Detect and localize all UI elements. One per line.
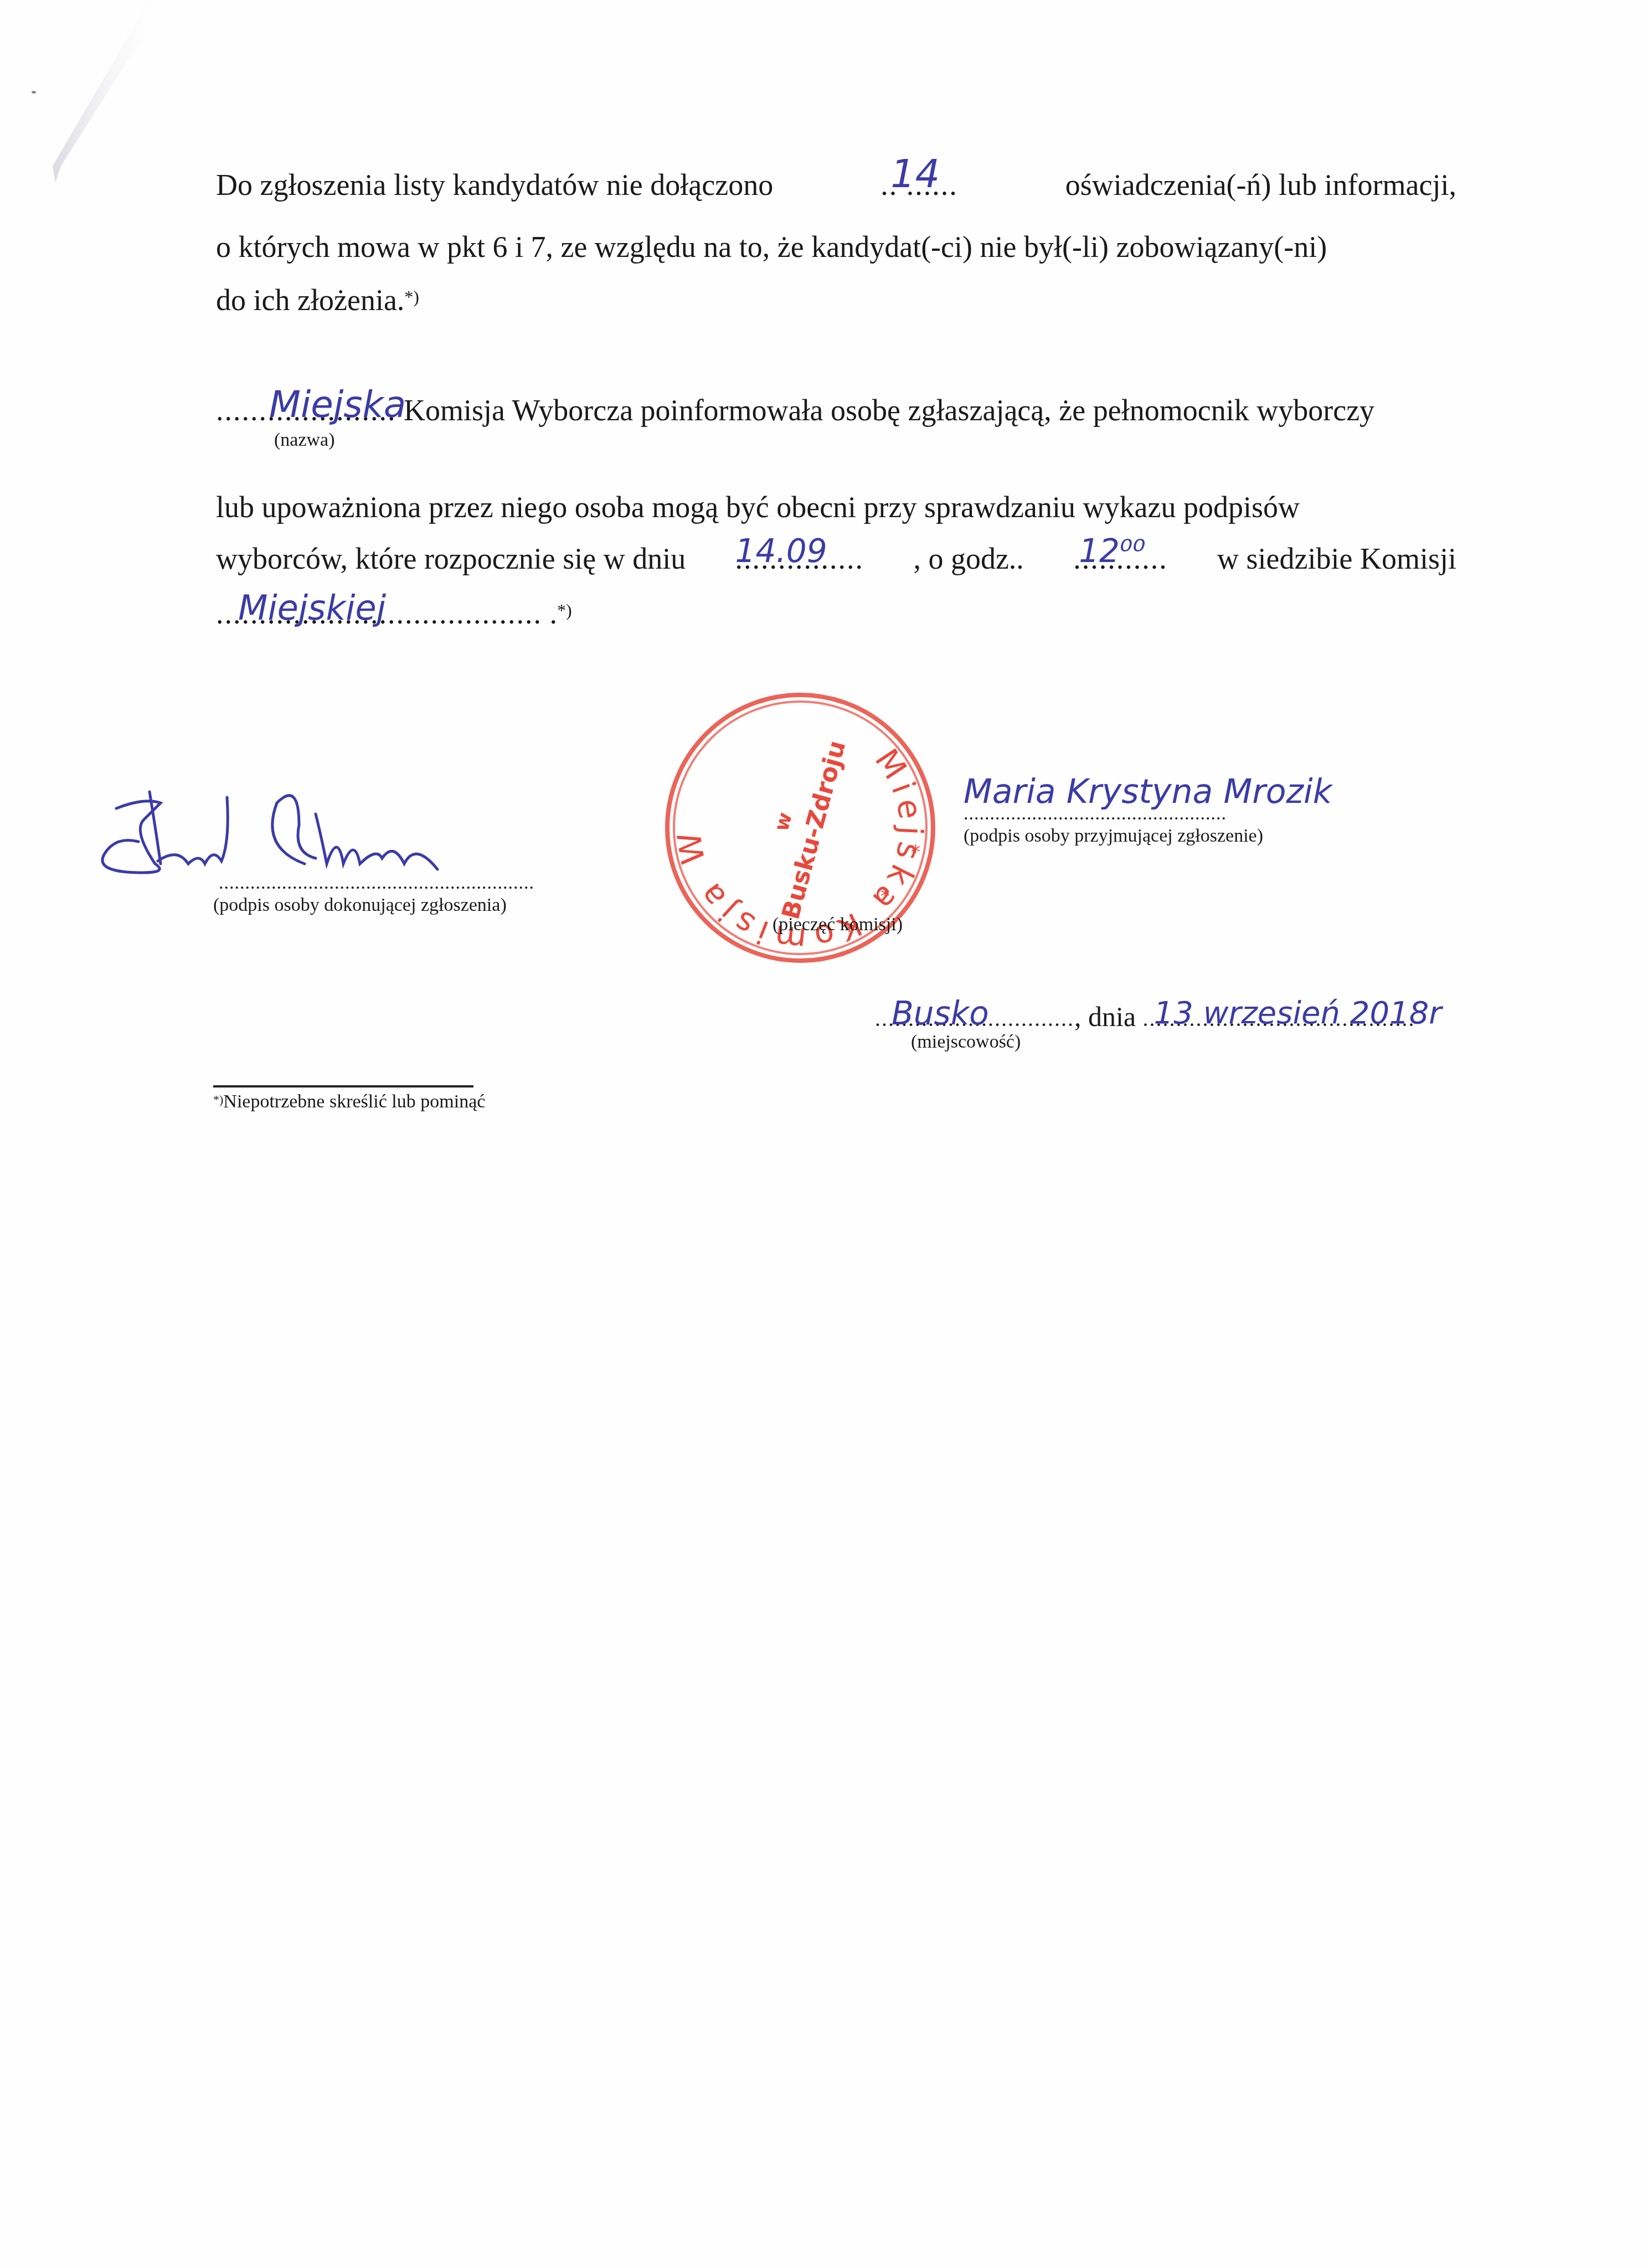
handwritten-place: Busko [892, 993, 989, 1033]
para1-text-after: oświadczenia(-ń) lub informacji, [1065, 165, 1456, 205]
document-page: Do zgłoszenia listy kandydatów nie dołąc… [0, 0, 1648, 2268]
commission-name-field: ..................... Miejska [216, 390, 396, 430]
para1-line3-text: do ich złożenia. [216, 283, 404, 317]
para2-line1: ..................... Miejska Komisja Wy… [216, 390, 1456, 430]
statements-count-field: .. ...... 14 [880, 165, 958, 205]
scan-speck [32, 91, 36, 94]
handwritten-date: 14.09 [735, 531, 827, 571]
footnote: *)Niepotrzebne skreślić lub pominąć [213, 1091, 485, 1113]
para1-line2: o których mowa w pkt 6 i 7, ze względu n… [216, 227, 1456, 267]
name-label: (nazwa) [274, 429, 334, 451]
scan-fold-shadow [0, 0, 166, 188]
handwritten-commission-name: Miejska [269, 385, 406, 425]
handwritten-seat: Miejskiej [238, 588, 386, 628]
para2-line3-mid: , o godz.. [913, 539, 1023, 579]
handwritten-signing-date: 13 wrzesień 2018r [1154, 993, 1442, 1033]
para2-line3-before: wyborców, które rozpocznie się w dniu [216, 539, 686, 579]
submitter-signature [94, 781, 559, 880]
para2-line3: wyborców, które rozpocznie się w dniu ..… [216, 539, 1456, 579]
place-label: (miejscowość) [911, 1031, 1021, 1053]
footnote-text: Niepotrzebne skreślić lub pominąć [223, 1091, 485, 1112]
para1-text-before: Do zgłoszenia listy kandydatów nie dołąc… [216, 165, 773, 205]
handwritten-count: 14 [890, 154, 940, 194]
para2-end: . [550, 597, 558, 630]
para2-line3-after: w siedzibie Komisji [1217, 539, 1456, 579]
stamp-center-line1: w [770, 810, 797, 834]
receiver-dots: ........................................… [964, 803, 1227, 825]
para2-line4: ...................................... M… [216, 594, 1456, 633]
verification-time-field: ........... 12⁰⁰ [1073, 539, 1168, 579]
para2-text: Komisja Wyborcza poinformowała osobę zgł… [404, 394, 1374, 427]
stamp-label: (pieczęć komisji) [772, 914, 903, 936]
svg-text:*: * [880, 885, 890, 908]
para1-line3: do ich złożenia.*) [216, 280, 1456, 320]
submitter-dots: ........................................… [219, 872, 534, 894]
footnote-mark: *) [213, 1092, 223, 1106]
footnote-divider [213, 1085, 473, 1087]
handwritten-time: 12⁰⁰ [1079, 531, 1145, 571]
submitter-signature-label: (podpis osoby dokonującej zgłoszenia) [213, 894, 507, 916]
commission-seat-field: ...................................... M… [216, 594, 542, 633]
receiver-signature-label: (podpis osoby przyjmującej zgłoszenie) [964, 825, 1263, 847]
verification-date-field: ............... 14.09 [735, 539, 864, 579]
footnote-ref: *) [557, 600, 572, 620]
dnia-label: , dnia [1074, 1001, 1136, 1032]
date-field: ........................................… [1143, 997, 1415, 1039]
svg-text:*: * [911, 841, 920, 863]
footnote-ref: *) [404, 287, 419, 307]
para1-line1: Do zgłoszenia listy kandydatów nie dołąc… [216, 165, 1456, 205]
para2-line2: lub upoważniona przez niego osoba mogą b… [216, 487, 1456, 527]
